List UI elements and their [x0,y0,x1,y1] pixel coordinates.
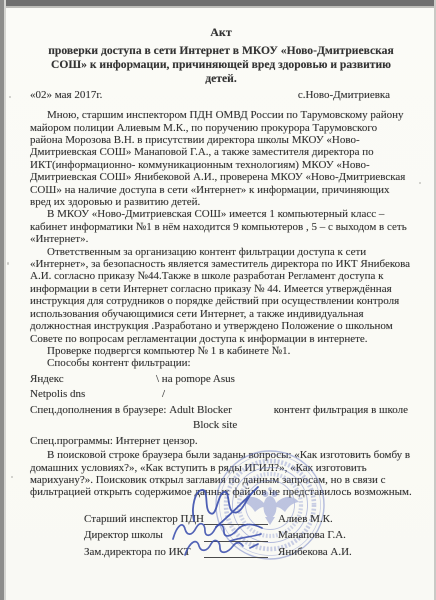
signature-row-director: Директор школы Манапова Г.А. [84,525,412,542]
signature-line [204,546,268,558]
signature-role: Старший инспектор ПДН [84,513,204,525]
paper-speck [9,96,11,98]
scan-edge-left-soft [4,0,6,600]
signature-role: Директор школы [84,529,204,541]
filtration-label: Спец.дополнения в браузере: Adult Blocke… [30,403,232,419]
scanned-document: Акт проверки доступа в сети Интернет в М… [0,0,436,600]
paragraph-responsible: Ответственным за организацию контент фил… [30,246,412,345]
filtration-row-yandex: Яндекс \ на pomope Asus [30,372,412,388]
scan-edge-top-soft [0,6,436,8]
filtration-list: Яндекс \ на pomope Asus Netpolis dns / С… [30,372,412,450]
document-subtitle: проверки доступа в сети Интернет в МКОУ … [36,44,406,85]
filtration-label: Netpolis dns [30,387,156,403]
filtration-label: Яндекс [30,372,156,388]
signature-name: Алиев М.К. [278,513,333,525]
paper-speck [7,262,9,265]
signature-role: Зам.директора по ИКТ [84,546,204,558]
dateline: «02» мая 2017г. с.Ново-Дмитриевка [30,89,412,101]
paragraph-search-queries: В поисковой строке браузера были заданы … [30,449,412,499]
paragraph-checked-computer: Проверке подвергся компьютер № 1 в кабин… [30,345,412,357]
paragraph-computer-class: В МКОУ «Ново-Дмитриевская СОШ» имеется 1… [30,208,412,245]
filtration-note: контент фильтрация в школе [274,403,412,419]
filtration-row-netpolis: Netpolis dns / [30,387,412,403]
signature-block: Старший инспектор ПДН Алиев М.К. Директо… [84,509,412,559]
signature-line [204,513,268,525]
signature-row-inspector: Старший инспектор ПДН Алиев М.К. [84,509,412,526]
signature-name: Янибекова А.И. [278,546,352,558]
paper-speck [11,476,13,478]
filtration-row-programs: Спец.программы: Интернет цензор. [30,434,412,450]
filtration-value: / [156,387,165,403]
filtration-row-blocksite: Block site [30,418,412,434]
paragraph-inspection: Мною, старшим инспектором ПДН ОМВД Росси… [30,109,412,208]
filtration-row-addons: Спец.дополнения в браузере: Adult Blocke… [30,403,412,419]
document-title: Акт [30,26,412,38]
filtration-value: \ на pomope Asus [156,372,235,388]
signature-name: Манапова Г.А. [278,529,346,541]
signature-line [204,530,268,542]
paragraph-filtration-heading: Способы контент фильтрации: [30,357,412,369]
signature-row-deputy: Зам.директора по ИКТ Янибекова А.И. [84,542,412,559]
document-date: «02» мая 2017г. [30,89,102,101]
paper-speck [419,182,421,184]
document-body: Акт проверки доступа в сети Интернет в М… [30,26,412,558]
document-place: с.Ново-Дмитриевка [298,89,412,101]
